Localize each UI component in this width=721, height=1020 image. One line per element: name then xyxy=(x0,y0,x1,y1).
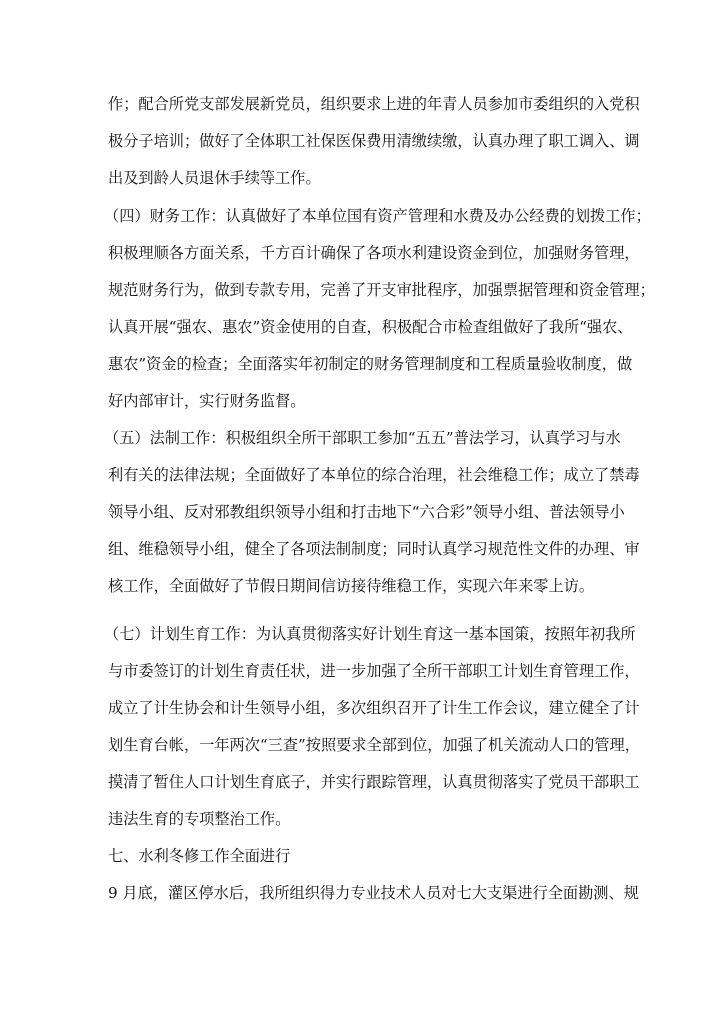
text-line: 违法生育的专项整治工作。 xyxy=(108,807,612,831)
text-line: 领导小组、反对邪教组织领导小组和打击地下“六合彩”领导小组、普法领导小 xyxy=(108,500,612,524)
section-heading-legal: （五）法制工作：积极组织全所干部职工参加“五五”普法学习，认真学习与水 xyxy=(104,426,612,450)
document-page: 作；配合所党支部发展新党员，组织要求上进的年青人员参加市委组织的入党积 极分子培… xyxy=(0,0,721,1020)
text-line: 与市委签订的计划生育责任状，进一步加强了全所干部职工计划生育管理工作， xyxy=(108,659,612,683)
text-line: 组、维稳领导小组，健全了各项法制制度；同时认真学习规范性文件的办理、审 xyxy=(108,537,612,561)
text-line: 划生育台帐，一年两次“三查”按照要求全部到位，加强了机关流动人口的管理， xyxy=(108,733,612,757)
text-line: 9 月底，灌区停水后，我所组织得力专业技术人员对七大支渠进行全面勘测、规 xyxy=(108,881,612,905)
text-line: 极分子培训；做好了全体职工社保医保费用清缴续缴，认真办理了职工调入、调 xyxy=(108,129,612,153)
text-line: 认真开展“强农、惠农”资金使用的自查，积极配合市检查组做好了我所“强农、 xyxy=(108,315,612,339)
section-heading-family-planning: （七）计划生育工作：为认真贯彻落实好计划生育这一基本国策，按照年初我所 xyxy=(104,622,612,646)
text-line: 利有关的法律法规；全面做好了本单位的综合治理，社会维稳工作；成立了禁毒 xyxy=(108,463,612,487)
text-line: 核工作，全面做好了节假日期间信访接待维稳工作，实现六年来零上访。 xyxy=(108,574,612,598)
text-line: 积极理顺各方面关系，千方百计确保了各项水利建设资金到位，加强财务管理， xyxy=(108,241,612,265)
text-line: 规范财务行为，做到专款专用，完善了开支审批程序，加强票据管理和资金管理； xyxy=(108,278,612,302)
text-line: 作；配合所党支部发展新党员，组织要求上进的年青人员参加市委组织的入党积 xyxy=(108,92,612,116)
text-line: 成立了计生协会和计生领导小组，多次组织召开了计生工作会议，建立健全了计 xyxy=(108,696,612,720)
section-heading-winter-repair: 七、水利冬修工作全面进行 xyxy=(108,844,612,868)
text-line: 摸清了暂住人口计划生育底子，并实行跟踪管理，认真贯彻落实了党员干部职工 xyxy=(108,770,612,794)
text-line: 好内部审计，实行财务监督。 xyxy=(108,389,612,413)
section-heading-finance: （四）财务工作：认真做好了本单位国有资产管理和水费及办公经费的划拨工作； xyxy=(104,204,612,228)
text-line: 出及到龄人员退休手续等工作。 xyxy=(108,166,612,190)
text-line: 惠农”资金的检查；全面落实年初制定的财务管理制度和工程质量验收制度，做 xyxy=(108,352,612,376)
